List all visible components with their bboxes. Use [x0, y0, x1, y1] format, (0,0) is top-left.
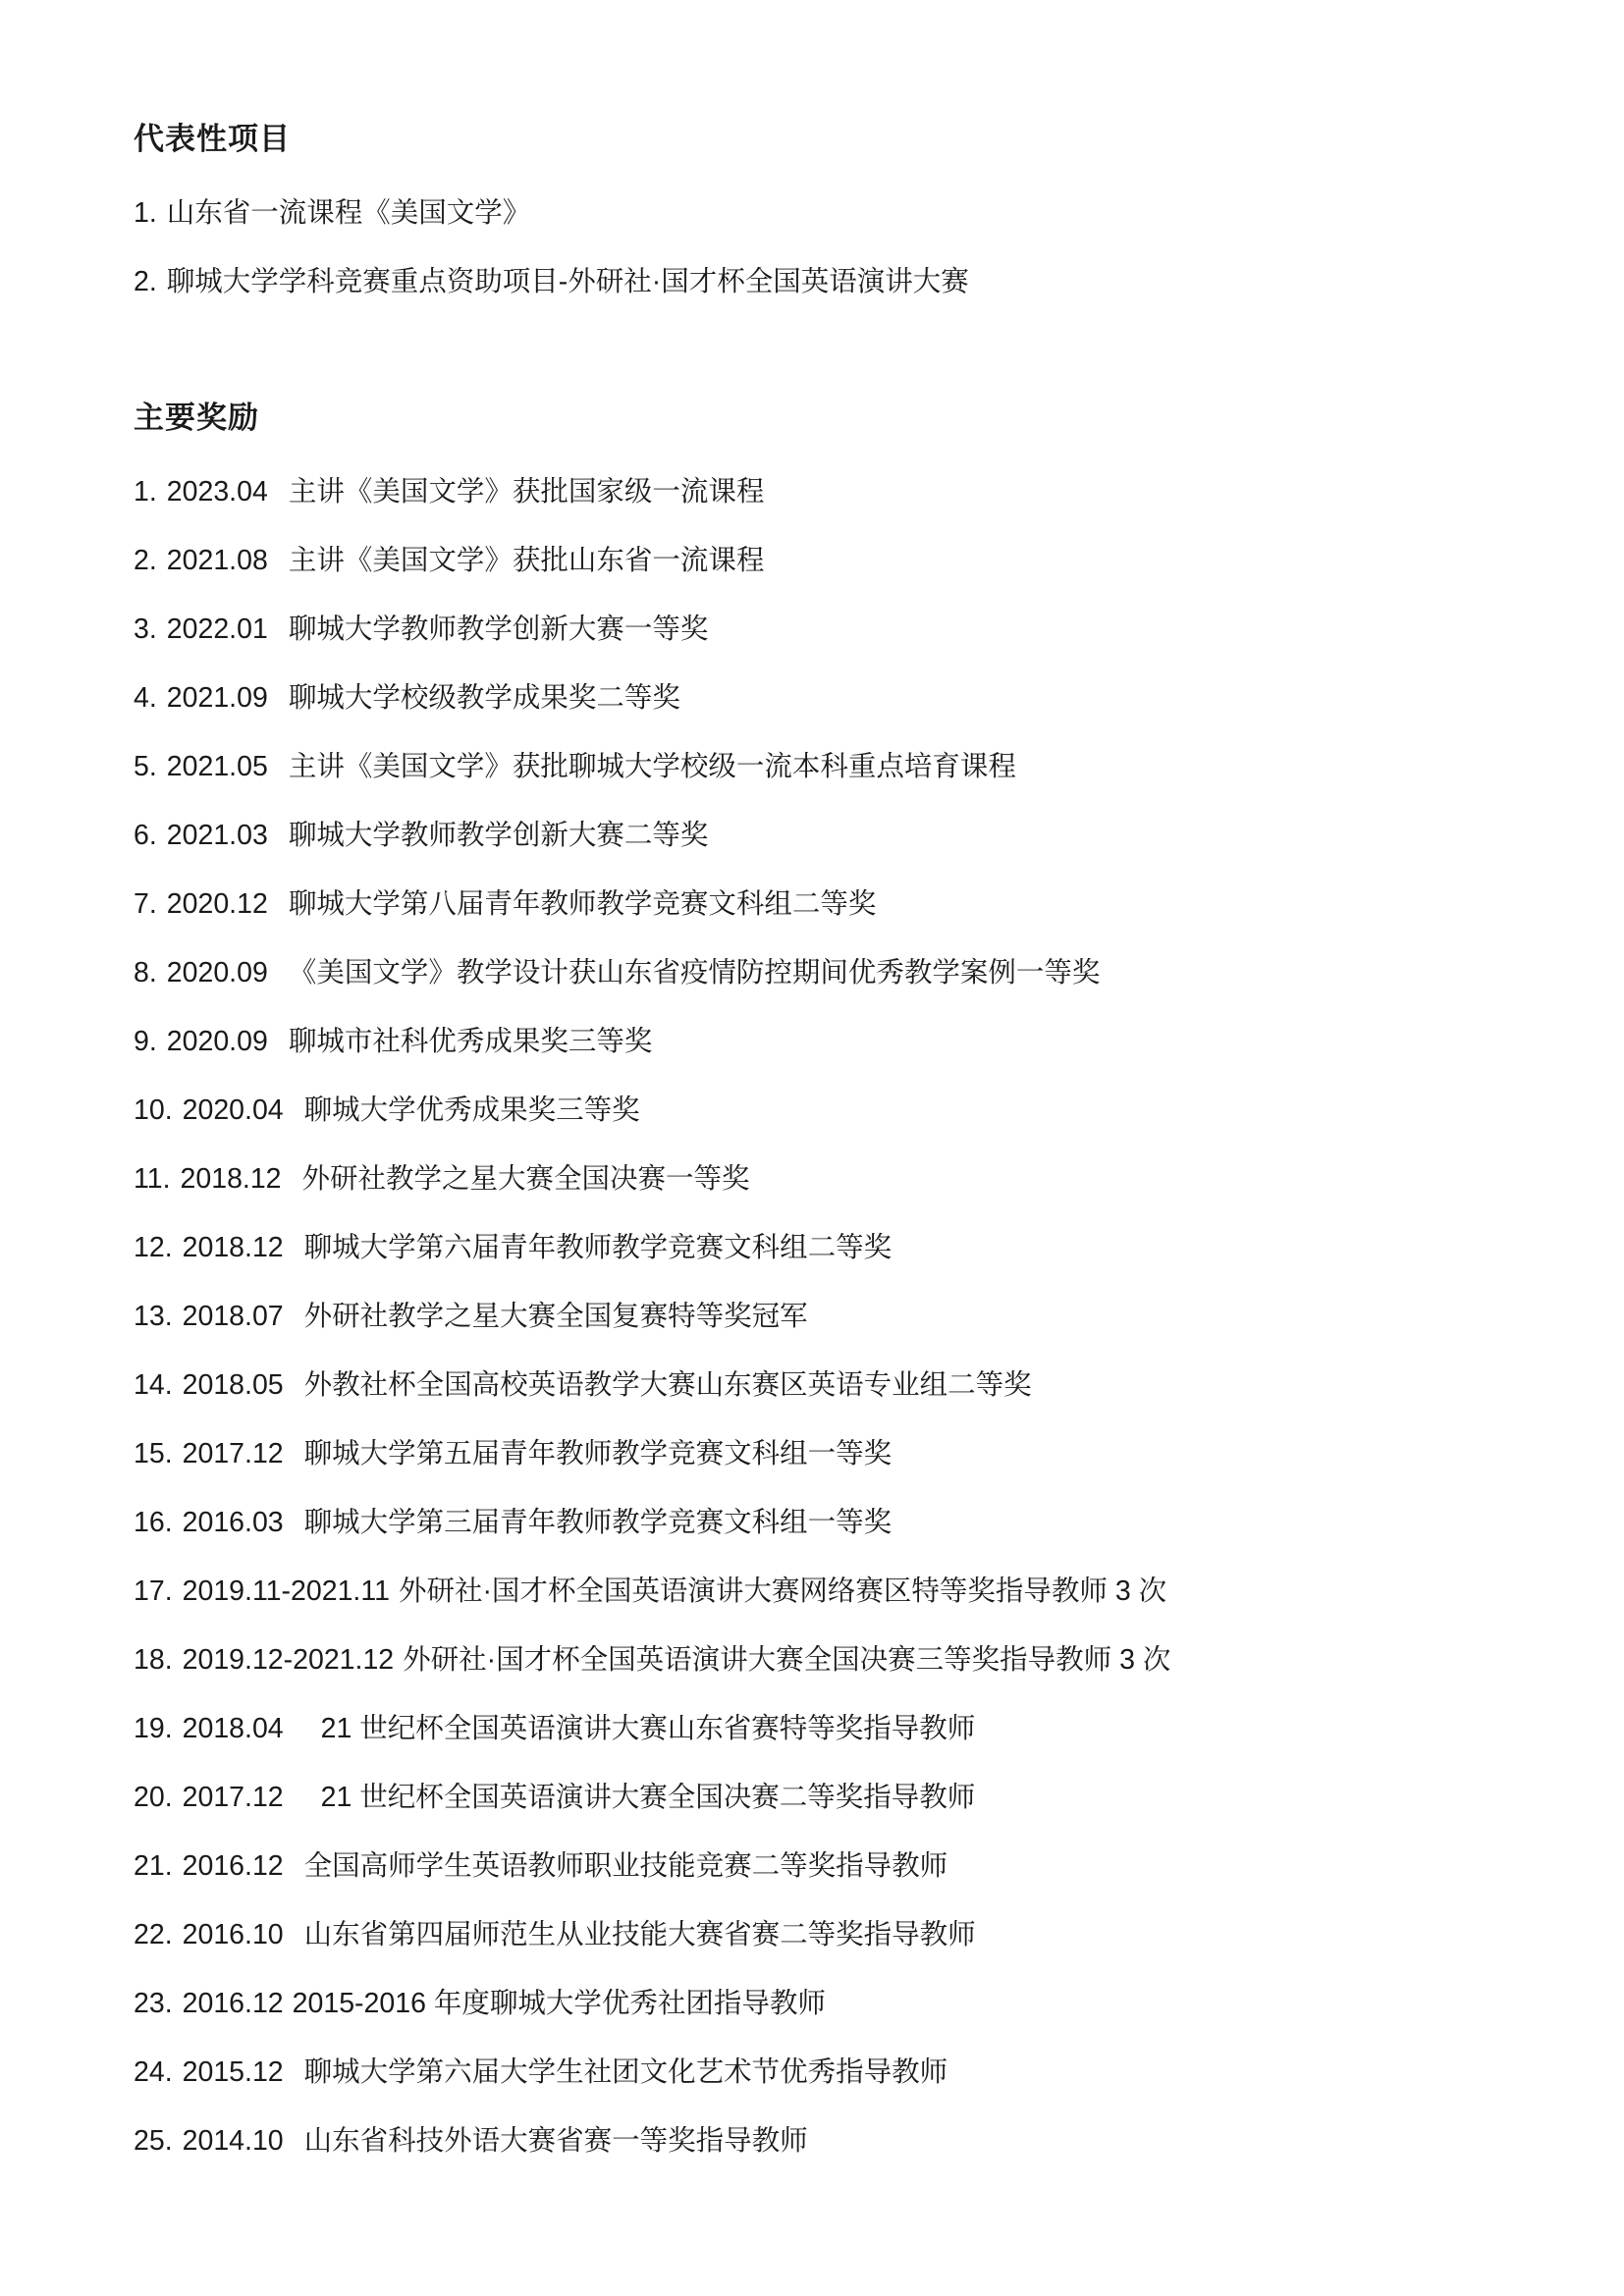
list-item: 7.2020.12聊城大学第八届青年教师教学竞赛文科组二等奖 [134, 889, 1526, 919]
item-date: 2017.12 [183, 1782, 284, 1813]
item-number: 13. [134, 1301, 173, 1332]
item-date: 2018.05 [183, 1369, 284, 1401]
item-text: 聊城大学第八届青年教师教学竞赛文科组二等奖 [289, 888, 877, 920]
item-number: 8. [134, 957, 157, 988]
item-date: 2016.03 [183, 1507, 284, 1538]
item-date: 2020.09 [167, 1026, 268, 1057]
item-text: 《美国文学》教学设计获山东省疫情防控期间优秀教学案例一等奖 [289, 957, 1101, 988]
item-text: 聊城市社科优秀成果奖三等奖 [289, 1026, 653, 1057]
item-text: 21 世纪杯全国英语演讲大赛全国决赛二等奖指导教师 [321, 1782, 976, 1813]
item-date: 2021.09 [167, 682, 268, 714]
item-number: 20. [134, 1782, 173, 1813]
list-item: 2.聊城大学学科竞赛重点资助项目-外研社·国才杯全国英语演讲大赛 [134, 267, 1526, 296]
item-date: 2021.05 [167, 751, 268, 782]
item-text: 全国高师学生英语教师职业技能竞赛二等奖指导教师 [304, 1850, 948, 1882]
item-number: 2. [134, 545, 157, 576]
item-number: 24. [134, 2056, 173, 2088]
item-date: 2020.12 [167, 888, 268, 920]
list-item: 1.2023.04主讲《美国文学》获批国家级一流课程 [134, 477, 1526, 507]
item-number: 3. [134, 614, 157, 645]
list-item: 3.2022.01聊城大学教师教学创新大赛一等奖 [134, 614, 1526, 644]
item-text: 外研社教学之星大赛全国决赛一等奖 [302, 1163, 750, 1195]
item-date: 2018.07 [183, 1301, 284, 1332]
item-number: 18. [134, 1644, 173, 1676]
item-text: 聊城大学校级教学成果奖二等奖 [289, 682, 680, 714]
item-text: 主讲《美国文学》获批国家级一流课程 [289, 476, 765, 507]
list-item: 1.山东省一流课程《美国文学》 [134, 198, 1526, 228]
item-text: 主讲《美国文学》获批山东省一流课程 [289, 545, 765, 576]
item-number: 7. [134, 888, 157, 920]
item-number: 19. [134, 1713, 173, 1744]
item-text: 主讲《美国文学》获批聊城大学校级一流本科重点培育课程 [289, 751, 1016, 782]
item-number: 11. [134, 1163, 171, 1195]
list-item: 14.2018.05外教社杯全国高校英语教学大赛山东赛区英语专业组二等奖 [134, 1370, 1526, 1400]
list-item: 21.2016.12全国高师学生英语教师职业技能竞赛二等奖指导教师 [134, 1851, 1526, 1881]
item-date: 2020.09 [167, 957, 268, 988]
list-item: 19.2018.0421 世纪杯全国英语演讲大赛山东省赛特等奖指导教师 [134, 1714, 1526, 1743]
item-date: 2018.12 [181, 1163, 282, 1195]
item-number: 23. [134, 1988, 173, 2019]
item-number: 25. [134, 2125, 173, 2157]
item-text: 山东省科技外语大赛省赛一等奖指导教师 [304, 2125, 808, 2157]
item-number: 17. [134, 1575, 173, 1607]
document-page: 代表性项目 1.山东省一流课程《美国文学》2.聊城大学学科竞赛重点资助项目-外研… [0, 0, 1624, 2296]
list-item: 9.2020.09聊城市社科优秀成果奖三等奖 [134, 1027, 1526, 1056]
item-date: 2021.03 [167, 820, 268, 851]
list-item: 17.2019.11-2021.11外研社·国才杯全国英语演讲大赛网络赛区特等奖… [134, 1576, 1526, 1606]
list-item: 8.2020.09《美国文学》教学设计获山东省疫情防控期间优秀教学案例一等奖 [134, 958, 1526, 988]
item-text: 聊城大学第六届大学生社团文化艺术节优秀指导教师 [304, 2056, 948, 2088]
list-item: 10.2020.04聊城大学优秀成果奖三等奖 [134, 1095, 1526, 1125]
item-number: 22. [134, 1919, 173, 1950]
section-list: 1.2023.04主讲《美国文学》获批国家级一流课程2.2021.08主讲《美国… [134, 477, 1526, 2156]
item-date: 2021.08 [167, 545, 268, 576]
item-date: 2020.04 [183, 1095, 284, 1126]
item-text: 外研社·国才杯全国英语演讲大赛网络赛区特等奖指导教师 3 次 [399, 1575, 1166, 1607]
item-number: 16. [134, 1507, 173, 1538]
item-text: 聊城大学教师教学创新大赛一等奖 [289, 614, 709, 645]
list-item: 11.2018.12外研社教学之星大赛全国决赛一等奖 [134, 1164, 1526, 1194]
list-item: 18.2019.12-2021.12外研社·国才杯全国英语演讲大赛全国决赛三等奖… [134, 1645, 1526, 1675]
item-number: 2. [134, 266, 157, 297]
item-date: 2019.12-2021.12 [183, 1644, 395, 1676]
item-date: 2016.12 [183, 1850, 284, 1882]
section-heading: 代表性项目 [134, 120, 1526, 159]
item-text: 聊城大学学科竞赛重点资助项目-外研社·国才杯全国英语演讲大赛 [167, 266, 969, 297]
list-item: 13.2018.07外研社教学之星大赛全国复赛特等奖冠军 [134, 1302, 1526, 1331]
item-number: 21. [134, 1850, 173, 1882]
item-text: 聊城大学第五届青年教师教学竞赛文科组一等奖 [304, 1438, 893, 1469]
list-item: 2.2021.08主讲《美国文学》获批山东省一流课程 [134, 546, 1526, 575]
item-number: 14. [134, 1369, 173, 1401]
item-date: 2016.12 [183, 1988, 284, 2019]
item-text: 外研社·国才杯全国英语演讲大赛全国决赛三等奖指导教师 3 次 [403, 1644, 1170, 1676]
item-number: 6. [134, 820, 157, 851]
item-text: 聊城大学第六届青年教师教学竞赛文科组二等奖 [304, 1232, 893, 1263]
list-item: 24.2015.12聊城大学第六届大学生社团文化艺术节优秀指导教师 [134, 2057, 1526, 2087]
item-text: 外研社教学之星大赛全国复赛特等奖冠军 [304, 1301, 808, 1332]
list-item: 12.2018.12聊城大学第六届青年教师教学竞赛文科组二等奖 [134, 1233, 1526, 1262]
item-text: 聊城大学优秀成果奖三等奖 [304, 1095, 640, 1126]
item-number: 1. [134, 476, 157, 507]
item-date: 2015.12 [183, 2056, 284, 2088]
item-text: 21 世纪杯全国英语演讲大赛山东省赛特等奖指导教师 [321, 1713, 976, 1744]
list-item: 6.2021.03聊城大学教师教学创新大赛二等奖 [134, 821, 1526, 850]
list-item: 4.2021.09聊城大学校级教学成果奖二等奖 [134, 683, 1526, 713]
item-date: 2023.04 [167, 476, 268, 507]
list-item: 20.2017.1221 世纪杯全国英语演讲大赛全国决赛二等奖指导教师 [134, 1783, 1526, 1812]
item-text: 2015-2016 年度聊城大学优秀社团指导教师 [293, 1988, 826, 2019]
item-text: 聊城大学第三届青年教师教学竞赛文科组一等奖 [304, 1507, 893, 1538]
list-item: 5.2021.05主讲《美国文学》获批聊城大学校级一流本科重点培育课程 [134, 752, 1526, 781]
item-date: 2018.12 [183, 1232, 284, 1263]
item-date: 2014.10 [183, 2125, 284, 2157]
item-date: 2016.10 [183, 1919, 284, 1950]
list-item: 16.2016.03聊城大学第三届青年教师教学竞赛文科组一等奖 [134, 1508, 1526, 1537]
list-item: 15.2017.12聊城大学第五届青年教师教学竞赛文科组一等奖 [134, 1439, 1526, 1468]
item-date: 2022.01 [167, 614, 268, 645]
item-number: 10. [134, 1095, 173, 1126]
list-item: 23.2016.122015-2016 年度聊城大学优秀社团指导教师 [134, 1989, 1526, 2018]
section-major-awards: 主要奖励 1.2023.04主讲《美国文学》获批国家级一流课程2.2021.08… [134, 399, 1526, 2156]
item-text: 外教社杯全国高校英语教学大赛山东赛区英语专业组二等奖 [304, 1369, 1032, 1401]
section-heading: 主要奖励 [134, 399, 1526, 438]
section-representative-projects: 代表性项目 1.山东省一流课程《美国文学》2.聊城大学学科竞赛重点资助项目-外研… [134, 120, 1526, 296]
item-number: 9. [134, 1026, 157, 1057]
item-text: 山东省第四届师范生从业技能大赛省赛二等奖指导教师 [304, 1919, 976, 1950]
list-item: 25.2014.10山东省科技外语大赛省赛一等奖指导教师 [134, 2126, 1526, 2156]
item-number: 5. [134, 751, 157, 782]
list-item: 22.2016.10山东省第四届师范生从业技能大赛省赛二等奖指导教师 [134, 1920, 1526, 1949]
item-number: 15. [134, 1438, 173, 1469]
item-text: 山东省一流课程《美国文学》 [167, 197, 531, 229]
item-text: 聊城大学教师教学创新大赛二等奖 [289, 820, 709, 851]
item-date: 2019.11-2021.11 [183, 1575, 390, 1607]
item-number: 4. [134, 682, 157, 714]
item-date: 2017.12 [183, 1438, 284, 1469]
section-list: 1.山东省一流课程《美国文学》2.聊城大学学科竞赛重点资助项目-外研社·国才杯全… [134, 198, 1526, 296]
item-number: 1. [134, 197, 157, 229]
item-date: 2018.04 [183, 1713, 284, 1744]
item-number: 12. [134, 1232, 173, 1263]
